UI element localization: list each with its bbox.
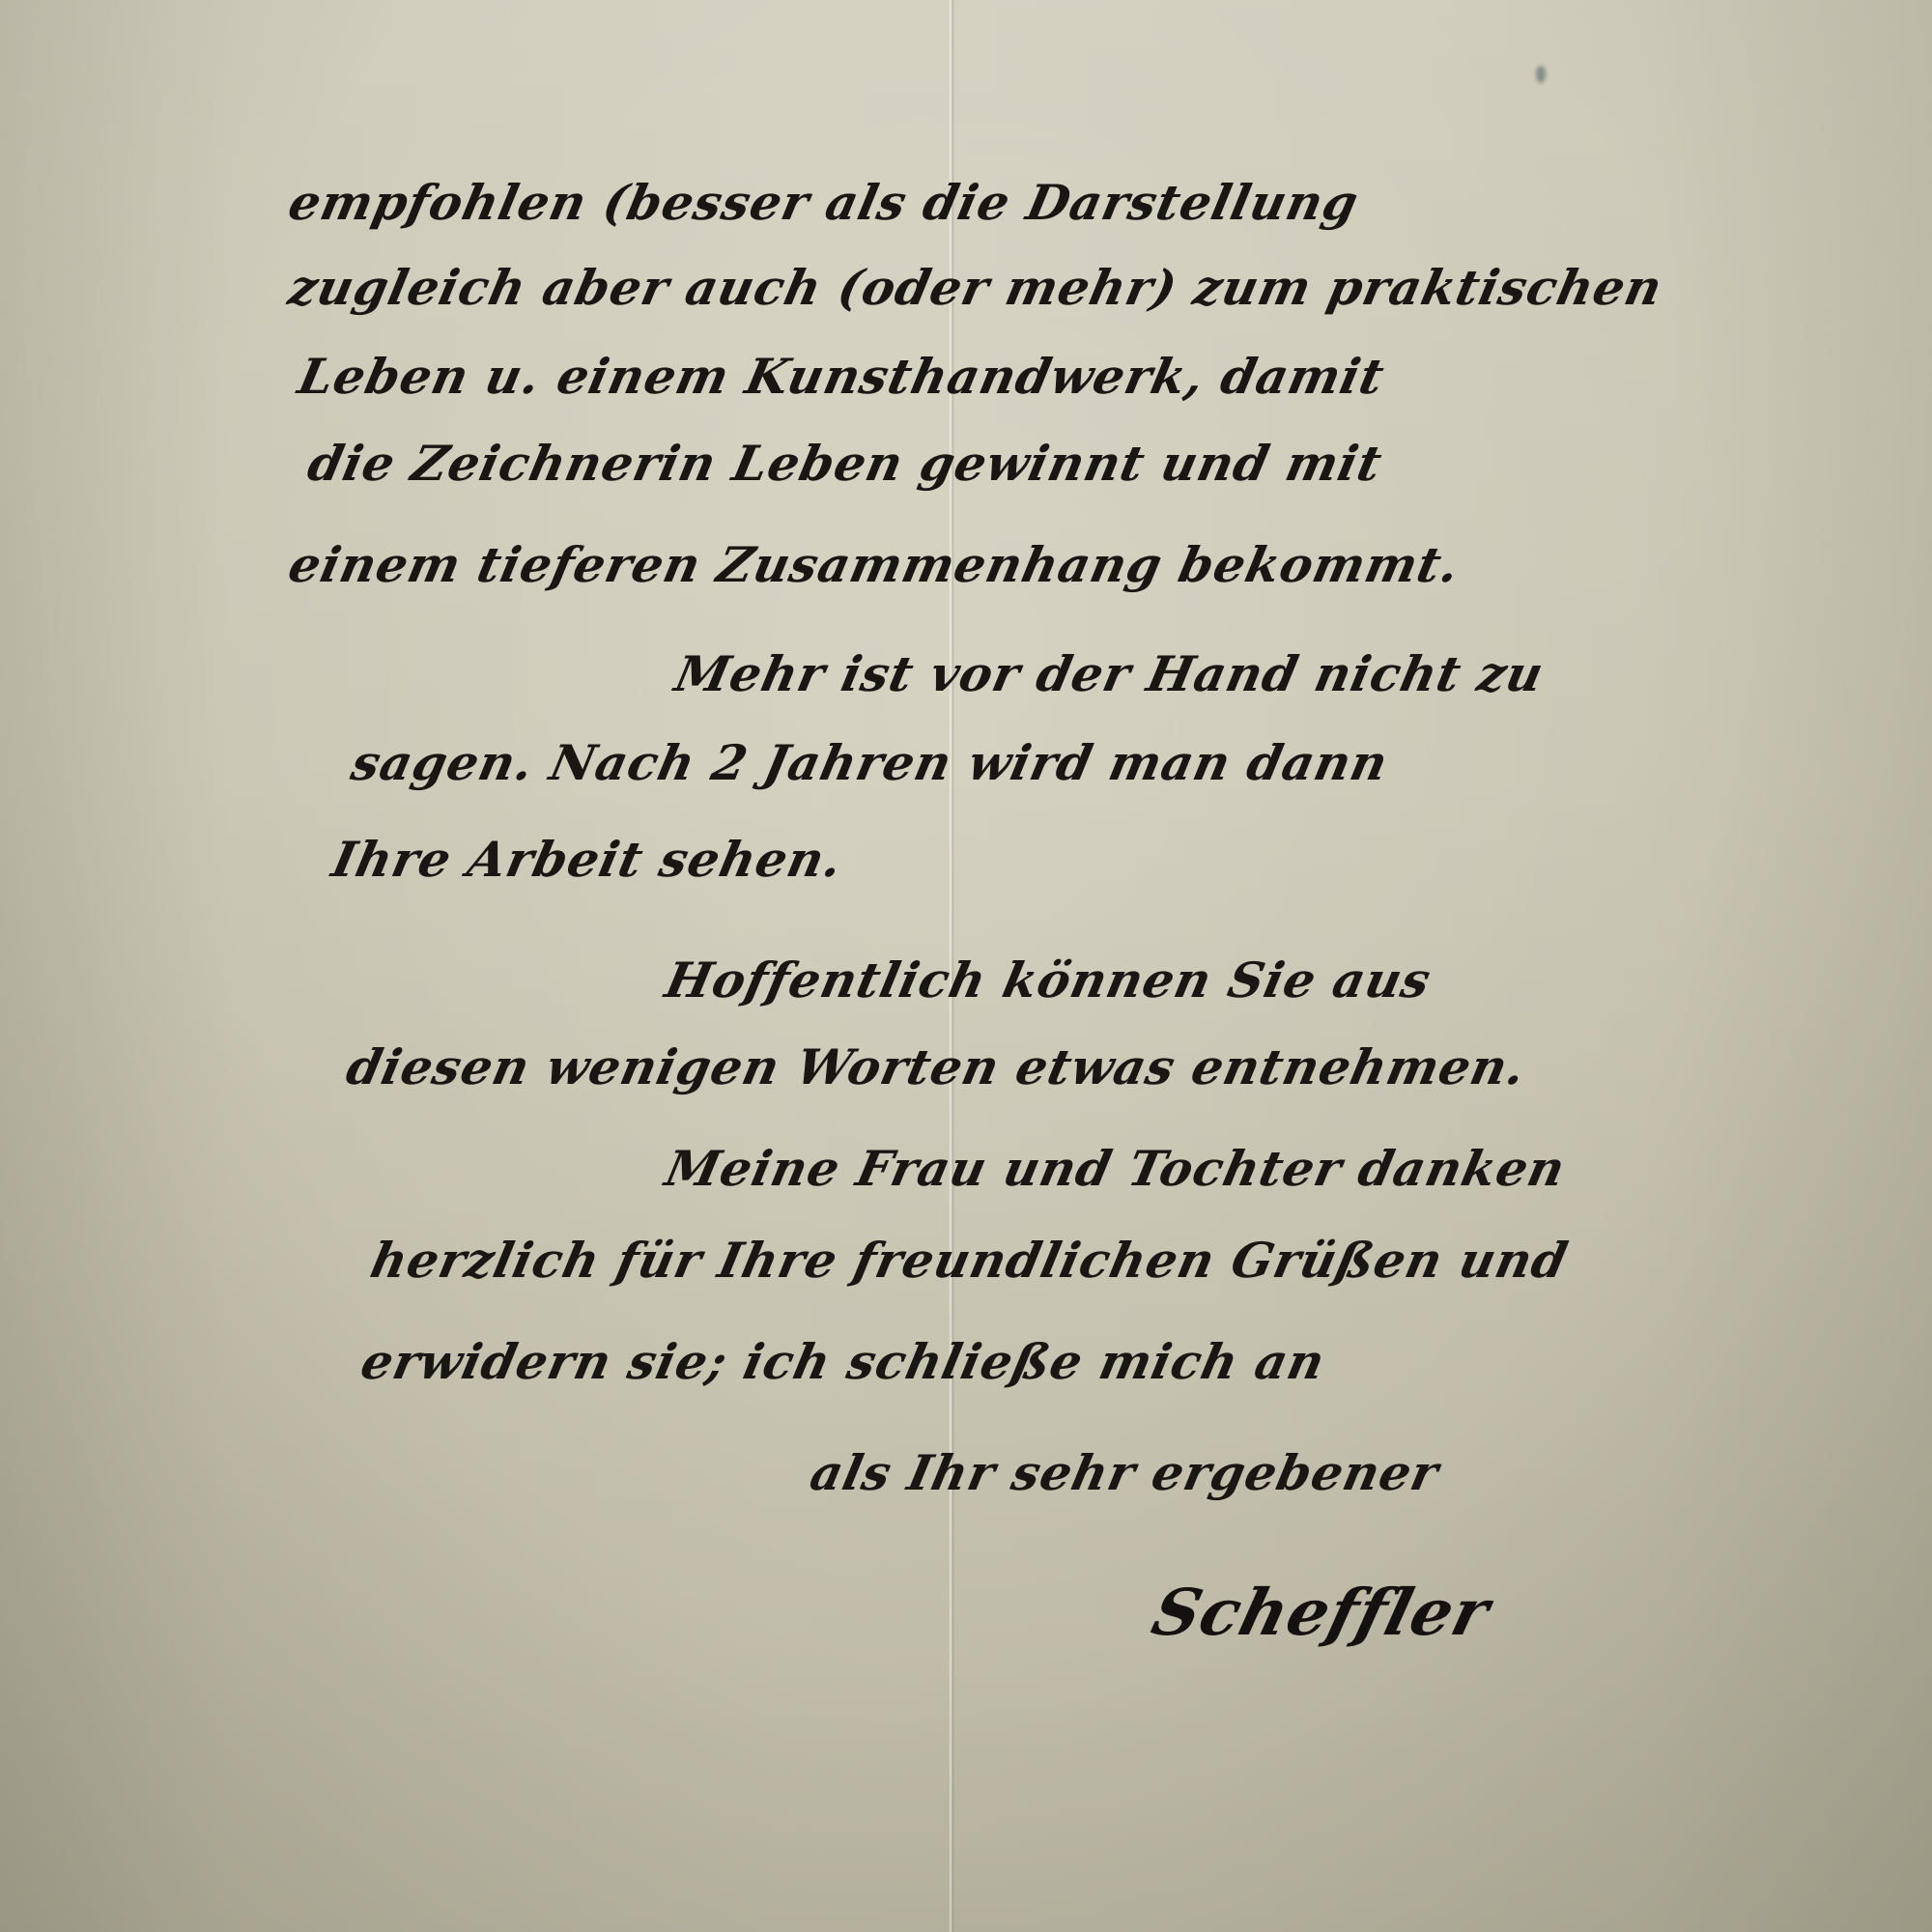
letter-line: als Ihr sehr ergebener <box>806 1444 1444 1501</box>
letter-line: empfohlen (besser als die Darstellung <box>284 174 1364 231</box>
letter-line: Hoffentlich können Sie aus <box>661 952 1436 1009</box>
letter-line: sagen. Nach 2 Jahren wird man dann <box>347 734 1394 791</box>
letter-line: diesen wenigen Worten etwas entnehmen. <box>342 1038 1531 1095</box>
signature: Scheffler <box>1145 1575 1497 1650</box>
letter-body: empfohlen (besser als die Darstellung zu… <box>0 0 1932 1932</box>
letter-line: die Zeichnerin Leben gewinnt und mit <box>303 435 1388 492</box>
letter-line: Mehr ist vor der Hand nicht zu <box>670 645 1549 702</box>
letter-line: Ihre Arbeit sehen. <box>327 831 848 888</box>
letter-line: einem tieferen Zusammenhang bekommt. <box>284 536 1465 593</box>
letter-line: Leben u. einem Kunsthandwerk, damit <box>294 348 1390 405</box>
letter-line: herzlich für Ihre freundlichen Grüßen un… <box>366 1232 1574 1289</box>
letter-line: zugleich aber auch (oder mehr) zum prakt… <box>284 259 1668 316</box>
letter-line: Meine Frau und Tochter danken <box>661 1140 1571 1197</box>
letter-line: erwidern sie; ich schließe mich an <box>356 1333 1330 1390</box>
